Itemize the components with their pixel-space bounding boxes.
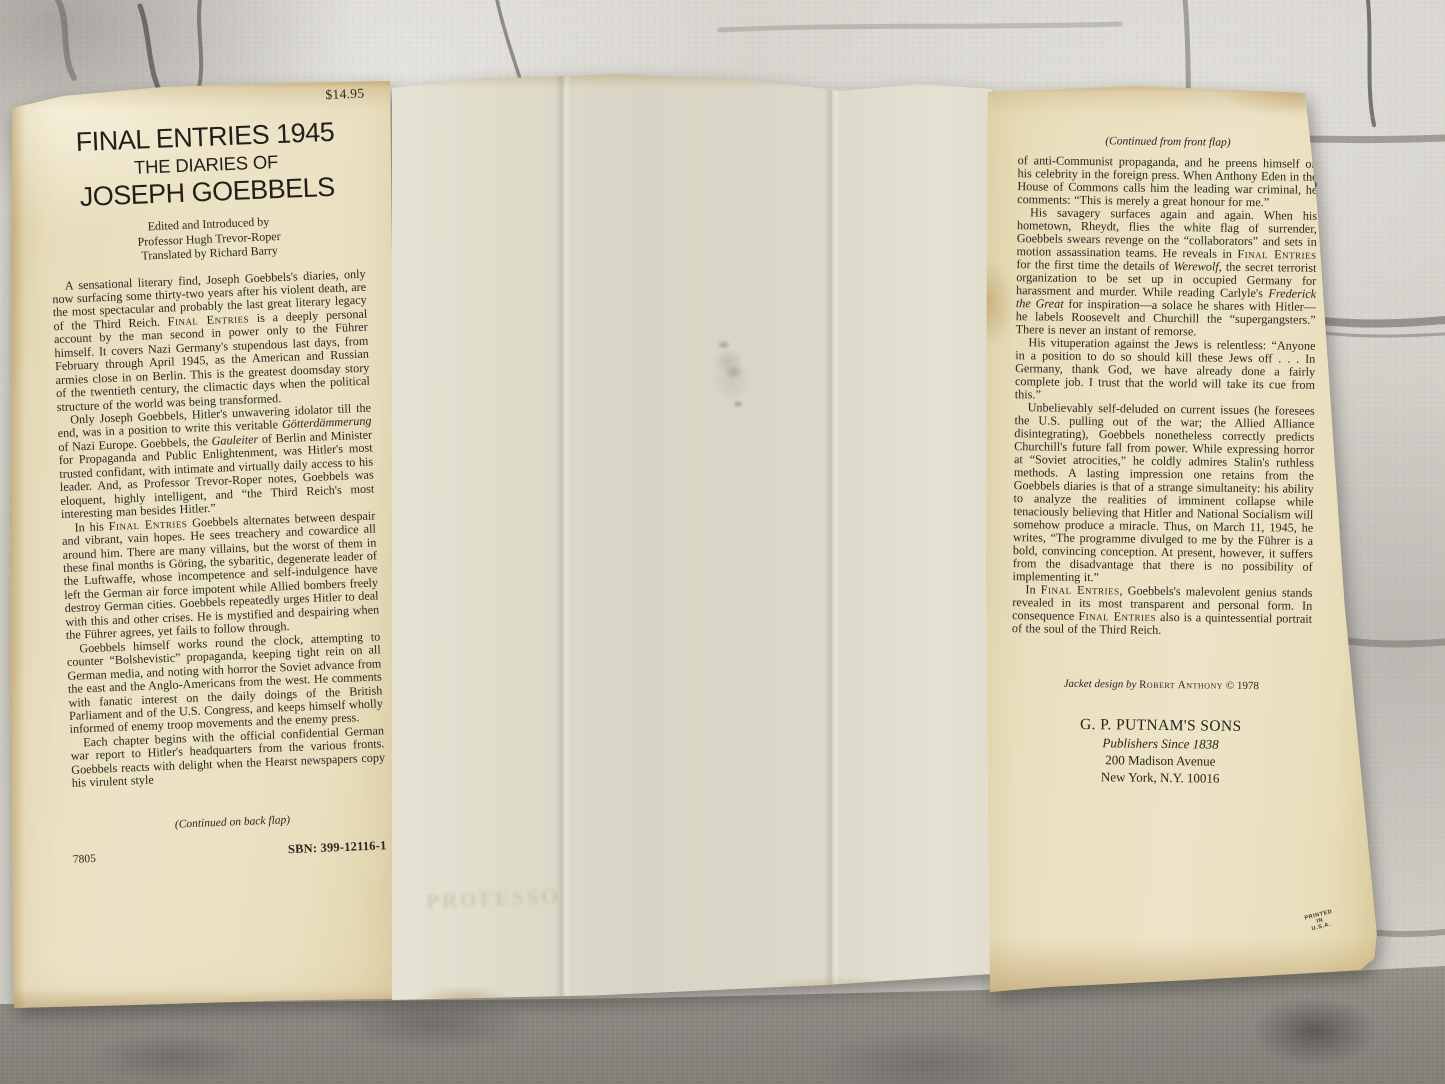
sbn-number: SBN: 399-12116-1 <box>288 838 387 857</box>
paragraph: In his Final Entries Goebbels alternates… <box>61 509 380 643</box>
paragraph: His vituperation against the Jews is rel… <box>1015 336 1316 405</box>
book-jacket-photo: $14.95 FINAL ENTRIES 1945 THE DIARIES OF… <box>0 0 1445 1084</box>
back-flap-body-text: of anti-Communist propaganda, and he pre… <box>1012 154 1318 639</box>
front-flap: $14.95 FINAL ENTRIES 1945 THE DIARIES OF… <box>10 80 394 1008</box>
paragraph: Goebbels himself works round the clock, … <box>66 630 384 737</box>
continued-note: (Continued on back flap) <box>63 809 401 835</box>
text-segment: Goebbels himself works round the clock, … <box>67 629 383 736</box>
back-flap-text: (Continued from front flap) of anti-Comm… <box>1010 134 1318 788</box>
spine-fold-crease <box>824 72 840 1000</box>
italic-text: Jacket design by <box>1064 678 1140 691</box>
continued-note: (Continued from front flap) <box>1018 134 1318 150</box>
paragraph: Unbelievably self-deluded on current iss… <box>1013 401 1315 587</box>
text-segment: Each chapter begins with the official co… <box>70 723 385 790</box>
stock-number: 7805 <box>73 853 96 866</box>
spine-fold-crease <box>555 72 571 1000</box>
price-label: $14.95 <box>34 86 364 115</box>
publisher-address: New York, N.Y. 10016 <box>1010 768 1310 788</box>
jacket-inside-panel: PROFESSO <box>392 72 992 1000</box>
front-flap-body-text: A sensational literary find, Joseph Goeb… <box>52 267 386 790</box>
text-segment: His vituperation against the Jews is rel… <box>1015 335 1316 401</box>
paragraph: of anti-Communist propaganda, and he pre… <box>1017 154 1318 210</box>
paragraph: Only Joseph Goebbels, Hitler's unwaverin… <box>57 402 375 522</box>
open-dust-jacket: $14.95 FINAL ENTRIES 1945 THE DIARIES OF… <box>0 0 1445 1084</box>
paragraph: In Final Entries, Goebbels's malevolent … <box>1012 583 1313 639</box>
front-flap-text: $14.95 FINAL ENTRIES 1945 THE DIARIES OF… <box>34 81 403 866</box>
paragraph: A sensational literary find, Joseph Goeb… <box>52 267 371 414</box>
back-flap: (Continued from front flap) of anti-Comm… <box>986 84 1380 996</box>
publisher-block: G. P. PUTNAM'S SONS Publishers Since 183… <box>1010 715 1311 788</box>
paragraph: His savagery surfaces again and again. W… <box>1016 206 1318 340</box>
publisher-name: G. P. PUTNAM'S SONS <box>1011 715 1311 737</box>
text-segment: Unbelievably self-deluded on current iss… <box>1013 400 1315 584</box>
paragraph: Each chapter begins with the official co… <box>70 724 386 790</box>
paper-stain <box>690 284 770 444</box>
jacket-design-credit: Jacket design by Robert Anthony © 1978 <box>1011 677 1311 693</box>
text-segment: © 1978 <box>1223 680 1259 692</box>
smallcaps-text: Robert Anthony <box>1139 679 1223 692</box>
front-flap-footer: 7805 SBN: 399-12116-1 <box>72 838 386 866</box>
text-segment: of anti-Communist propaganda, and he pre… <box>1017 153 1318 209</box>
editor-credits: Edited and Introduced by Professor Hugh … <box>39 210 378 267</box>
printed-in-usa-stamp: PRINTED IN U.S.A. <box>1296 907 1343 935</box>
